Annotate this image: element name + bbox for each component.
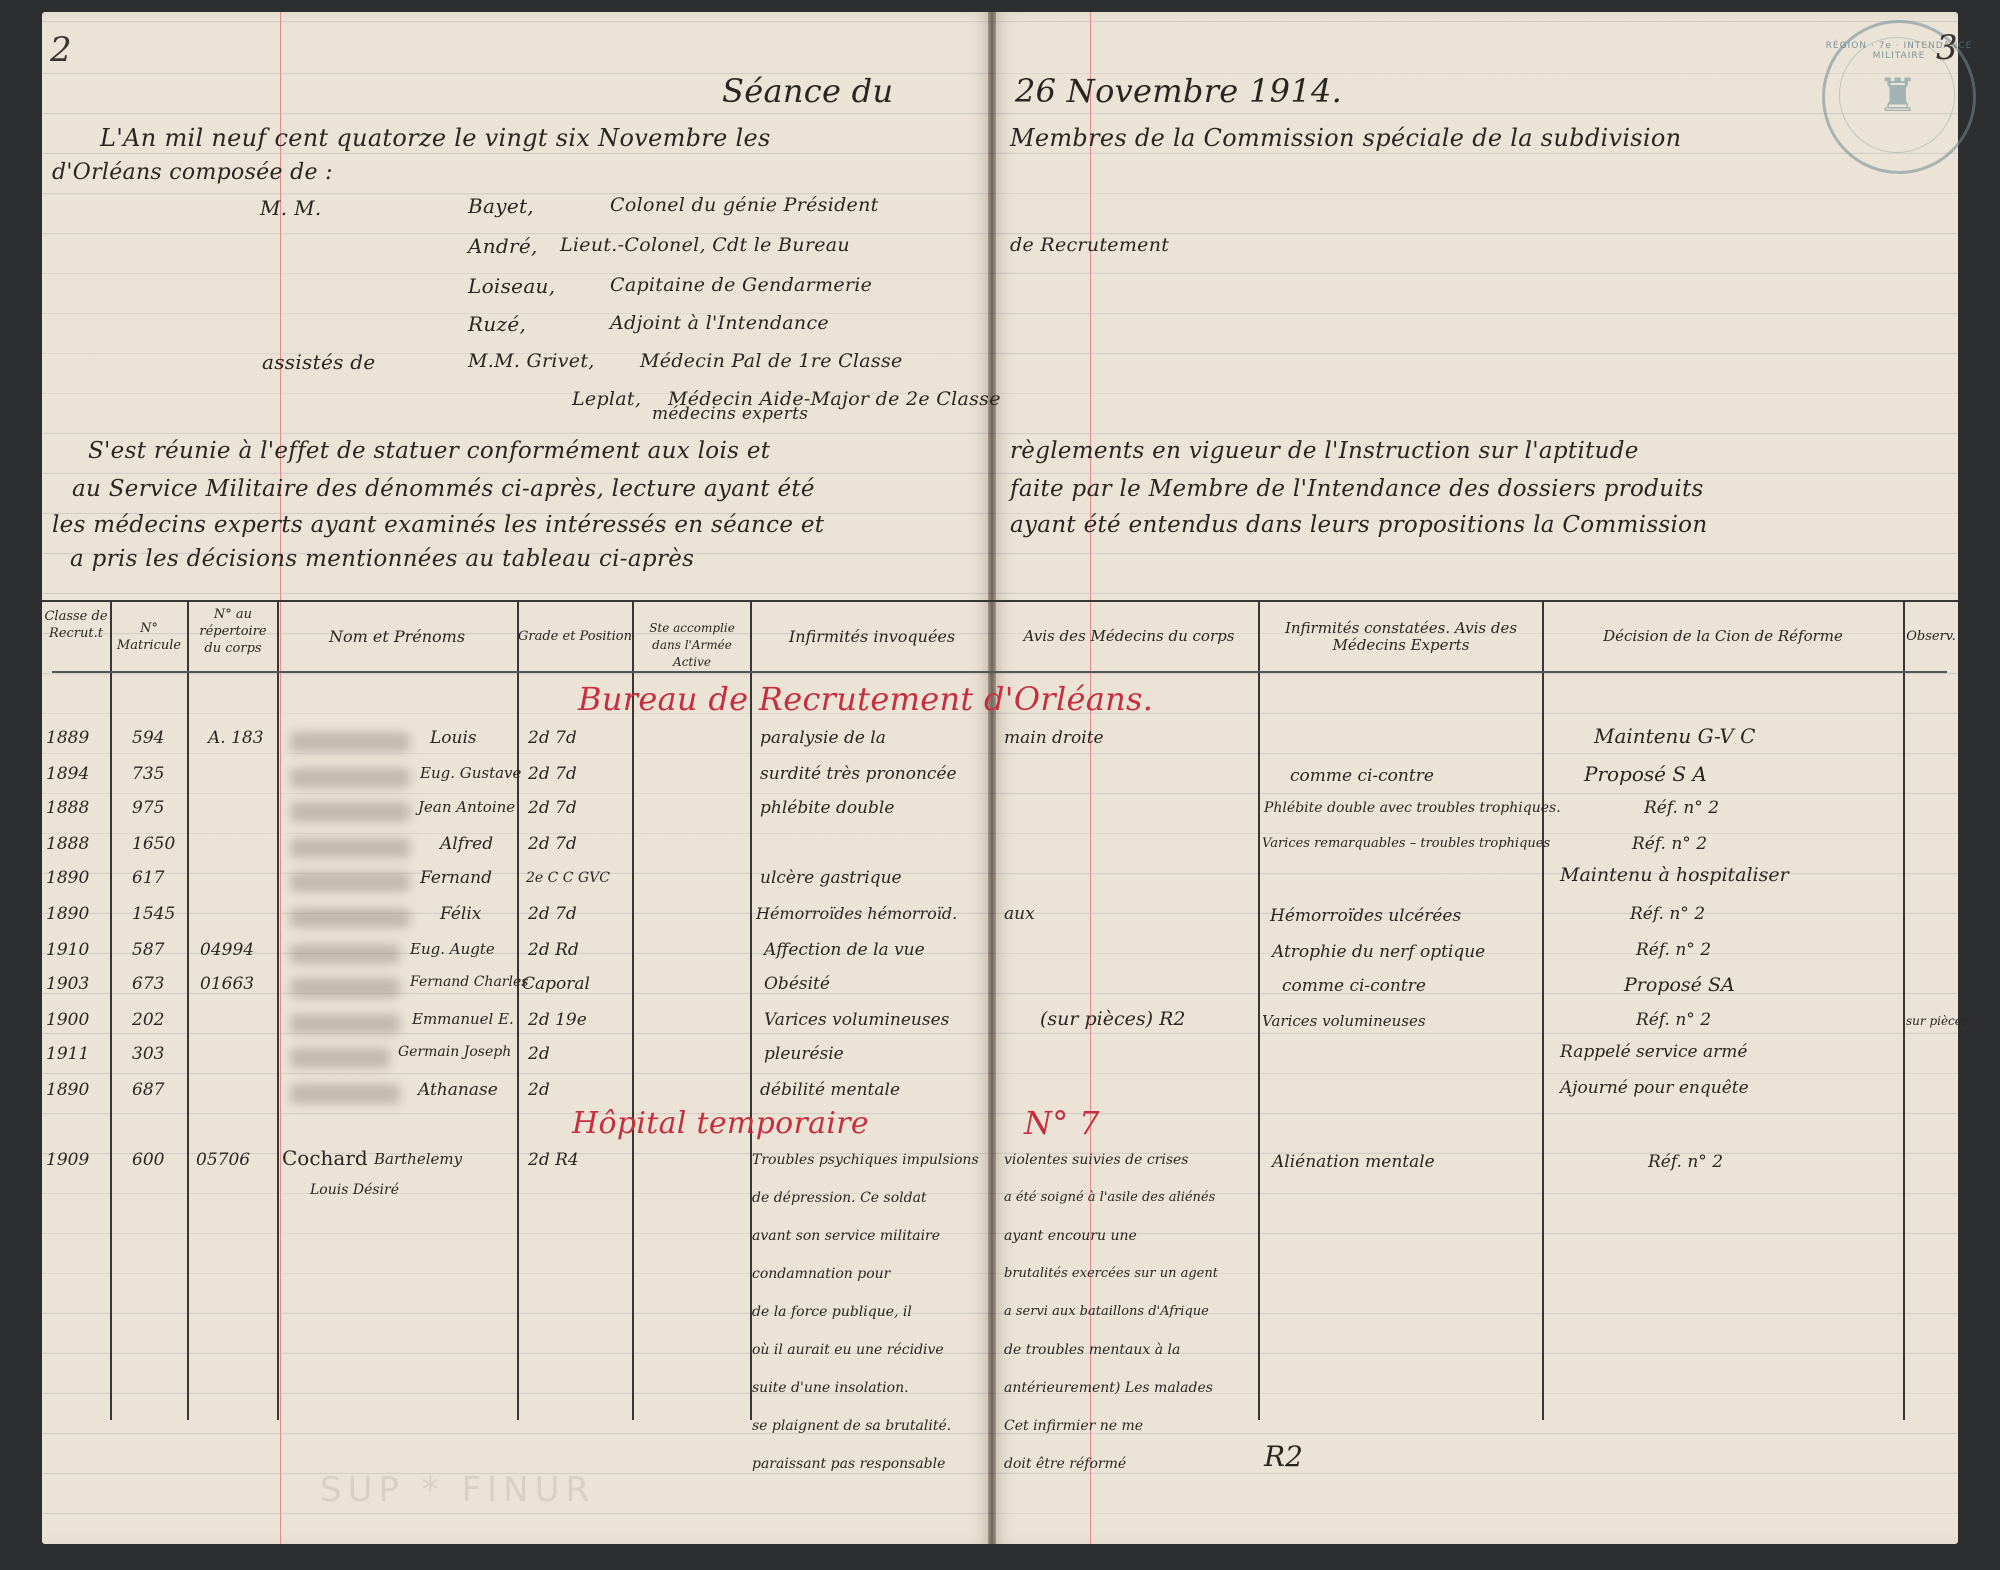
book-binding <box>988 12 996 1544</box>
cell-constatees: Varices remarquables – troubles trophiqu… <box>1262 836 1550 851</box>
cell-classe: 1910 <box>46 940 89 960</box>
cell-classe: 1890 <box>46 868 89 888</box>
cell-prenoms: Louis <box>430 728 477 748</box>
cell-infirmites: paralysie de la <box>760 728 886 748</box>
cell-constatees: Varices volumineuses <box>1262 1012 1426 1030</box>
cell-avis-corps: main droite <box>1004 728 1104 748</box>
redacted-surname <box>290 732 410 752</box>
infirmites-line: avant son service militaire <box>752 1228 940 1244</box>
col-header-nom: Nom et Prénoms <box>279 628 515 645</box>
column-divider <box>110 600 112 1420</box>
avis-line: ayant encouru une <box>1004 1228 1137 1244</box>
cell-prenoms: Athanase <box>418 1080 498 1100</box>
cell-infirmites: Hémorroïdes hémorroïd. <box>756 904 957 923</box>
heading-date: 26 Novembre 1914. <box>1015 72 1342 110</box>
cell-classe: 1890 <box>46 904 89 924</box>
member-role: Colonel du génie Président <box>610 194 879 216</box>
assistant-name: Leplat, <box>572 388 641 410</box>
member-role: Adjoint à l'Intendance <box>610 312 829 334</box>
experts-label: médecins experts <box>652 404 808 424</box>
cell-classe: 1909 <box>46 1150 89 1170</box>
col-header-observations: Observ. <box>1905 628 1957 645</box>
section-bureau-recrutement: Bureau de Recrutement d'Orléans. <box>578 680 1153 718</box>
cell-decision: Proposé S A <box>1584 762 1707 786</box>
cell-nom: Cochard <box>282 1146 368 1170</box>
cell-matricule: 687 <box>132 1080 164 1100</box>
cell-grade: 2d Rd <box>528 940 579 960</box>
cell-decision: Réf. n° 2 <box>1636 1010 1711 1030</box>
member-name: André, <box>468 234 538 258</box>
cell-infirmites: Obésité <box>764 974 830 994</box>
body-line: faite par le Membre de l'Intendance des … <box>1010 476 1704 502</box>
cell-grade: 2d <box>528 1080 550 1100</box>
col-header-avis-corps: Avis des Médecins du corps <box>1002 628 1256 645</box>
avis-line: Cet infirmier ne me <box>1004 1418 1143 1434</box>
cell-matricule: 617 <box>132 868 164 888</box>
col-header-infirmites-constatees: Infirmités constatées. Avis des Médecins… <box>1260 620 1542 654</box>
preamble-line1-left: L'An mil neuf cent quatorze le vingt six… <box>100 124 771 152</box>
cell-matricule: 303 <box>132 1044 164 1064</box>
cell-grade: 2d <box>528 1044 550 1064</box>
member-name: Ruzé, <box>468 312 526 336</box>
cell-grade: 2d 7d <box>528 834 577 854</box>
cell-classe: 1894 <box>46 764 89 784</box>
column-divider <box>1903 600 1905 1420</box>
member-role: Capitaine de Gendarmerie <box>610 274 872 296</box>
redacted-surname <box>290 1084 400 1104</box>
column-divider <box>517 600 519 1420</box>
cell-repertoire: 01663 <box>200 974 254 994</box>
avis-line: antérieurement) Les malades <box>1004 1380 1213 1396</box>
cell-avis-corps: (sur pièces) R2 <box>1040 1008 1186 1030</box>
column-divider <box>632 600 634 1420</box>
cell-matricule: 975 <box>132 798 164 818</box>
cell-infirmites: phlébite double <box>760 798 894 818</box>
cell-constatees: Aliénation mentale <box>1272 1152 1435 1172</box>
cell-decision: Réf. n° 2 <box>1644 798 1719 818</box>
assisted-label: assistés de <box>262 350 376 374</box>
infirmites-line: se plaignent de sa brutalité. <box>752 1418 951 1434</box>
cell-observations: sur pièces <box>1906 1014 1968 1028</box>
cell-grade: 2d R4 <box>528 1150 579 1170</box>
stamp-emblem-icon: ♜ <box>1877 68 1918 122</box>
cell-infirmites: pleurésie <box>764 1044 844 1064</box>
column-divider <box>1542 600 1544 1420</box>
cell-matricule: 600 <box>132 1150 164 1170</box>
header-underline <box>52 671 1947 673</box>
redacted-surname <box>290 838 410 858</box>
cell-grade: 2d 7d <box>528 798 577 818</box>
cell-grade: 2e C C GVC <box>526 870 610 886</box>
cell-decision: Réf. n° 2 <box>1632 834 1707 854</box>
cell-prenoms: Fernand Charles <box>410 974 528 990</box>
col-header-infirmites-invoquees: Infirmités invoquées <box>752 628 992 645</box>
infirmites-line: de dépression. Ce soldat <box>752 1190 927 1206</box>
cell-constatees: comme ci-contre <box>1290 766 1434 786</box>
assistant-role: Médecin Pal de 1re Classe <box>640 350 903 372</box>
page-number-left: 2 <box>50 30 72 70</box>
member-role-continued: de Recrutement <box>1010 234 1169 256</box>
cell-prenoms: Alfred <box>440 834 493 854</box>
col-header-classe: Classe de Recrut.t <box>42 608 110 642</box>
member-name: Loiseau, <box>468 274 555 298</box>
col-header-decision: Décision de la Cion de Réforme <box>1544 628 1902 645</box>
cell-prenoms: Jean Antoine <box>418 798 515 816</box>
cell-prenoms: Fernand <box>420 868 492 888</box>
member-role: Lieut.-Colonel, Cdt le Bureau <box>560 234 850 256</box>
cell-infirmites: surdité très prononcée <box>760 764 957 784</box>
cell-classe: 1889 <box>46 728 89 748</box>
cell-infirmites: Varices volumineuses <box>764 1010 949 1030</box>
cell-matricule: 202 <box>132 1010 164 1030</box>
cell-matricule: 673 <box>132 974 164 994</box>
redacted-surname <box>290 872 410 892</box>
redacted-surname <box>290 908 410 928</box>
cell-grade: 2d 7d <box>528 764 577 784</box>
cell-classe: 1903 <box>46 974 89 994</box>
cell-avis-corps: aux <box>1004 904 1035 924</box>
column-divider <box>1258 600 1260 1420</box>
cell-decision: Maintenu à hospitaliser <box>1560 864 1789 886</box>
col-header-repertoire: N° au répertoire du corps <box>189 606 277 657</box>
cell-prenoms-2: Louis Désiré <box>310 1182 399 1198</box>
r2-mark: R2 <box>1264 1440 1303 1473</box>
infirmites-line: où il aurait eu une récidive <box>752 1342 944 1358</box>
cell-prenoms: Germain Joseph <box>398 1044 511 1060</box>
body-line: S'est réunie à l'effet de statuer confor… <box>88 438 770 464</box>
avis-line: doit être réformé <box>1004 1456 1126 1472</box>
avis-line: de troubles mentaux à la <box>1004 1342 1180 1358</box>
page-number-right: 3 <box>1936 28 1958 68</box>
redacted-surname <box>290 768 410 788</box>
infirmites-line: suite d'une insolation. <box>752 1380 909 1396</box>
cell-prenoms: Félix <box>440 904 481 924</box>
table-top-rule <box>42 600 1958 602</box>
redacted-surname <box>290 944 400 964</box>
cell-prenoms: Barthelemy <box>374 1150 462 1168</box>
cell-decision: Maintenu G-V C <box>1594 724 1755 748</box>
member-name: Bayet, <box>468 194 534 218</box>
cell-prenoms: Eug. Augte <box>410 940 495 958</box>
col-header-service: Ste accomplie dans l'Armée Active <box>634 620 750 671</box>
cell-repertoire: 05706 <box>196 1150 250 1170</box>
preamble-line2-left: d'Orléans composée de : <box>52 160 333 185</box>
col-header-matricule: N° Matricule <box>112 620 186 654</box>
cell-infirmites: ulcère gastrique <box>760 868 902 888</box>
body-line: les médecins experts ayant examinés les … <box>52 512 824 538</box>
cell-decision: Réf. n° 2 <box>1648 1152 1723 1172</box>
redacted-surname <box>290 802 410 822</box>
body-line: a pris les décisions mentionnées au tabl… <box>70 546 694 572</box>
column-divider <box>750 600 752 1420</box>
cell-decision: Ajourné pour enquête <box>1560 1078 1749 1098</box>
redacted-surname <box>290 978 400 998</box>
col-header-grade: Grade et Position <box>518 628 632 645</box>
cell-constatees: Atrophie du nerf optique <box>1272 942 1485 962</box>
infirmites-line: de la force publique, il <box>752 1304 912 1320</box>
cell-infirmites: débilité mentale <box>760 1080 900 1100</box>
redacted-surname <box>290 1048 390 1068</box>
paper-watermark: SUP * FINUR <box>320 1470 595 1510</box>
cell-decision: Proposé SA <box>1624 974 1735 996</box>
section-hopital-temporaire: Hôpital temporaire <box>572 1106 869 1141</box>
preamble-line1-right: Membres de la Commission spéciale de la … <box>1010 124 1681 152</box>
cell-repertoire: A. 183 <box>208 728 264 748</box>
avis-line: brutalités exercées sur un agent <box>1004 1266 1218 1281</box>
cell-decision: Rappelé service armé <box>1560 1042 1747 1062</box>
cell-decision: Réf. n° 2 <box>1630 904 1705 924</box>
avis-line: a servi aux bataillons d'Afrique <box>1004 1304 1209 1319</box>
cell-grade: Caporal <box>522 974 590 994</box>
redacted-surname <box>290 1014 400 1034</box>
cell-classe: 1890 <box>46 1080 89 1100</box>
column-divider <box>277 600 279 1420</box>
cell-matricule: 594 <box>132 728 164 748</box>
cell-classe: 1911 <box>46 1044 89 1064</box>
infirmites-line: Troubles psychiques impulsions <box>752 1152 979 1168</box>
avis-line: a été soigné à l'asile des aliénés <box>1004 1190 1215 1205</box>
cell-infirmites: Affection de la vue <box>764 940 925 960</box>
cell-constatees: Phlébite double avec troubles trophiques… <box>1264 800 1561 816</box>
cell-constatees: Hémorroïdes ulcérées <box>1270 906 1461 926</box>
avis-line: violentes suivies de crises <box>1004 1152 1189 1168</box>
cell-classe: 1888 <box>46 798 89 818</box>
cell-classe: 1888 <box>46 834 89 854</box>
cell-classe: 1900 <box>46 1010 89 1030</box>
cell-matricule: 1650 <box>132 834 175 854</box>
section-hopital-number: N° 7 <box>1024 1104 1100 1142</box>
heading-seance: Séance du <box>722 72 893 110</box>
margin-line <box>280 12 281 1544</box>
mm-label: M. M. <box>260 196 322 220</box>
infirmites-line: paraissant pas responsable <box>752 1456 945 1472</box>
cell-repertoire: 04994 <box>200 940 254 960</box>
body-line: au Service Militaire des dénommés ci-apr… <box>72 476 815 502</box>
infirmites-line: condamnation pour <box>752 1266 890 1282</box>
cell-matricule: 1545 <box>132 904 175 924</box>
cell-grade: 2d 7d <box>528 728 577 748</box>
cell-constatees: comme ci-contre <box>1282 976 1426 996</box>
cell-matricule: 735 <box>132 764 164 784</box>
cell-grade: 2d 19e <box>528 1010 587 1030</box>
cell-grade: 2d 7d <box>528 904 577 924</box>
cell-decision: Réf. n° 2 <box>1636 940 1711 960</box>
assistant-name: M.M. Grivet, <box>468 350 595 372</box>
body-line: règlements en vigueur de l'Instruction s… <box>1010 438 1639 464</box>
cell-prenoms: Eug. Gustave <box>420 764 521 782</box>
cell-prenoms: Emmanuel E. <box>412 1010 514 1028</box>
column-divider <box>187 600 189 1420</box>
body-line: ayant été entendus dans leurs propositio… <box>1010 512 1707 538</box>
cell-matricule: 587 <box>132 940 164 960</box>
